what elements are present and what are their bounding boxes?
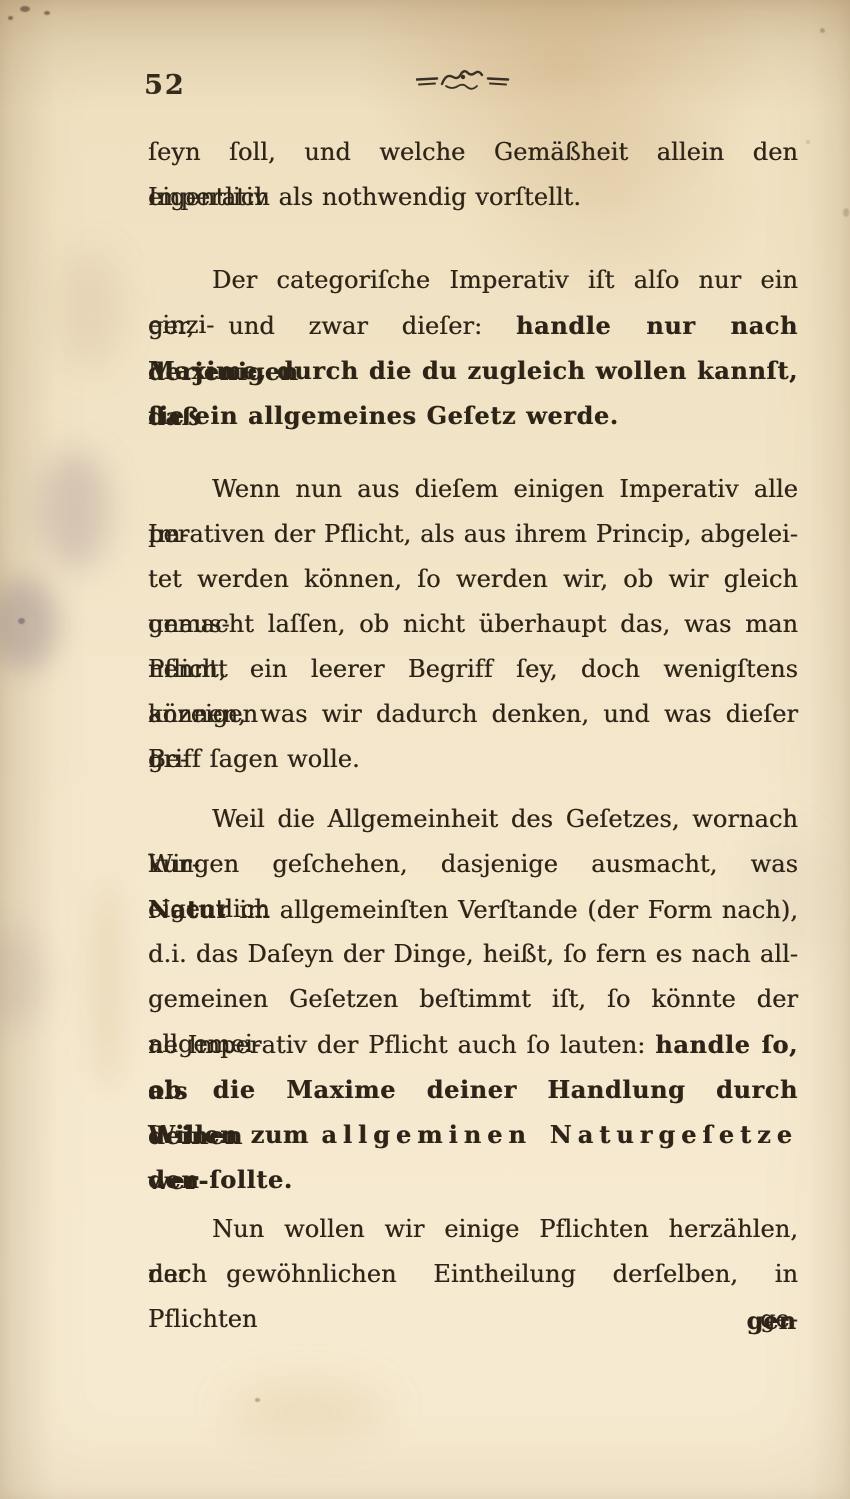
text-line: den ſollte. <box>148 1157 798 1202</box>
text-segment: d.i. das Daſeyn der Dinge, heißt, ſo fer… <box>148 940 798 968</box>
text-line: gemacht laſſen, ob nicht überhaupt das, … <box>148 602 798 647</box>
text-segment: ne Imperativ der Pflicht auch ſo lauten: <box>148 1031 655 1059</box>
text-segment: der gewöhnlichen Eintheilung derſelben, … <box>148 1260 798 1333</box>
text-line: ob die Maxime deiner Handlung durch dein… <box>148 1067 798 1112</box>
paper-stain <box>60 250 120 370</box>
page-number: 52 <box>144 70 186 101</box>
paragraph: Der categoriſche Imperativ iſt alſo nur … <box>148 258 798 438</box>
text-segment: ſie ein allgemeines Geſetz werde. <box>148 401 619 430</box>
paragraph: Wenn nun aus dieſem einigen Imperativ al… <box>148 467 798 782</box>
text-segment: Willen zum <box>148 1120 321 1149</box>
text-line: eigentlich als nothwendig vorſtellt. <box>148 175 798 220</box>
text-segment: den ſollte. <box>148 1165 293 1194</box>
paragraph: ſeyn ſoll, und welche Gemäßheit allein d… <box>148 130 798 220</box>
text-segment: eigentlich als nothwendig vorſtellt. <box>148 183 581 211</box>
text-line: d.i. das Daſeyn der Dinge, heißt, ſo fer… <box>148 932 798 977</box>
text-line: Der categoriſche Imperativ iſt alſo nur … <box>148 258 798 303</box>
paper-stain <box>92 880 122 1090</box>
paper-stain <box>0 578 60 670</box>
book-page: 52 ſeyn ſoll, und welche Gemäßheit allei… <box>0 0 850 1499</box>
text-line: tet werden können, ſo werden wir, ob wir… <box>148 557 798 602</box>
text-line: können, was wir dadurch denken, und was … <box>148 692 798 737</box>
paper-speck <box>20 6 30 12</box>
text-line: Natur im allgemeinſten Verſtande (der Fo… <box>148 887 798 932</box>
paper-stain <box>0 928 44 1028</box>
text-line: perativen der Pflicht, als aus ihrem Pri… <box>148 512 798 557</box>
text-segment: perativen der Pflicht, als aus ihrem Pri… <box>148 520 798 548</box>
paragraph: Nun wollen wir einige Pflichten herzähle… <box>148 1207 798 1297</box>
text-line: Nun wollen wir einige Pflichten herzähle… <box>148 1207 798 1252</box>
text-segment: allgeminen Naturgeſetze <box>321 1120 798 1149</box>
text-block: ſeyn ſoll, und welche Gemäßheit allein d… <box>148 130 798 1335</box>
text-line: Wenn nun aus dieſem einigen Imperativ al… <box>148 467 798 512</box>
paper-speck <box>8 16 13 20</box>
paper-speck <box>44 11 50 15</box>
text-line: Weil die Allgemeinheit des Geſetzes, wor… <box>148 797 798 842</box>
text-line: kungen geſchehen, dasjenige ausmacht, wa… <box>148 842 798 887</box>
paper-speck <box>18 618 25 624</box>
text-line: Maxime, durch die du zugleich wollen kan… <box>148 348 798 393</box>
catchword: gen <box>747 1306 797 1335</box>
text-line: ſie ein allgemeines Geſetz werde. <box>148 393 798 438</box>
text-line: ne Imperativ der Pflicht auch ſo lauten:… <box>148 1022 798 1067</box>
paragraph: Weil die Allgemeinheit des Geſetzes, wor… <box>148 797 798 1202</box>
paper-stain <box>228 1382 388 1440</box>
paper-stain <box>40 450 110 570</box>
text-segment: ger, und zwar dieſer: <box>148 312 516 340</box>
text-line: griff ſagen wolle. <box>148 737 798 782</box>
text-line: gemeinen Geſetzen beſtimmt iſt, ſo könnt… <box>148 977 798 1022</box>
text-segment: griff ſagen wolle. <box>148 745 360 773</box>
paper-speck <box>843 208 849 217</box>
text-line: Willen zum allgeminen Naturgeſetze wer- <box>148 1112 798 1157</box>
text-line: nennt, ein leerer Begriff ſey, doch weni… <box>148 647 798 692</box>
paper-speck <box>806 140 810 144</box>
text-line: der gewöhnlichen Eintheilung derſelben, … <box>148 1252 798 1297</box>
text-segment: im allgemeinſten Verſtande (der Form nac… <box>230 896 798 924</box>
paper-speck <box>820 28 825 33</box>
text-segment: Natur <box>148 895 230 924</box>
paper-speck <box>255 1398 260 1402</box>
head-ornament-icon <box>416 70 512 94</box>
text-line: ger, und zwar dieſer: handle nur nach de… <box>148 303 798 348</box>
text-line: ſeyn ſoll, und welche Gemäßheit allein d… <box>148 130 798 175</box>
